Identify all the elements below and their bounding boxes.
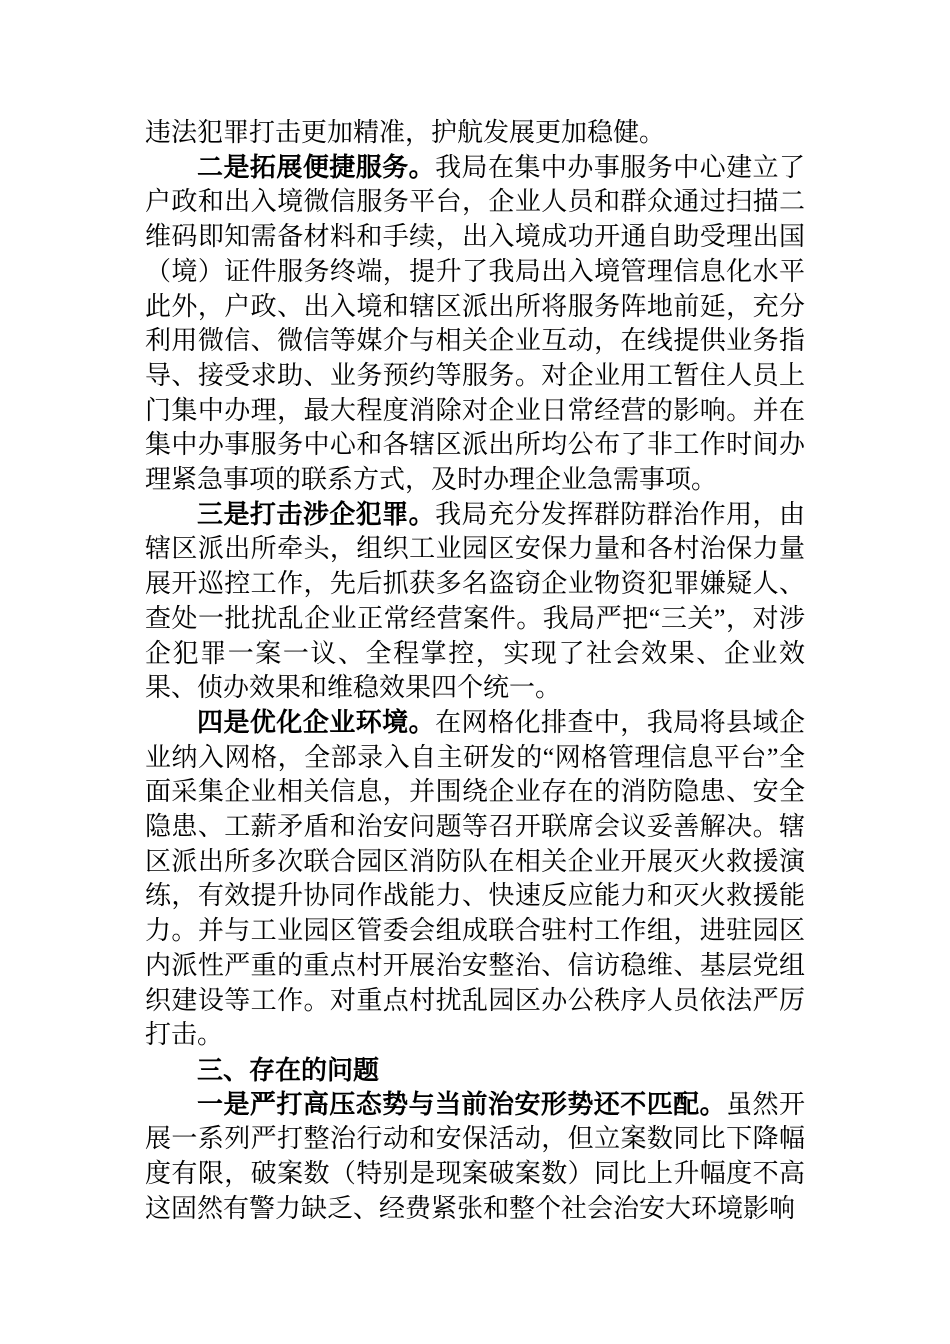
paragraph-text: 我局充分发挥群防群治作用，由辖区派出所牵头，组织工业园区安保力量和各村治保力量展…	[145, 500, 805, 703]
document-page: 违法犯罪打击更加精准，护航发展更加稳健。 二是拓展便捷服务。我局在集中办事服务中…	[0, 0, 950, 1344]
paragraph-text: 违法犯罪打击更加精准，护航发展更加稳健。	[145, 118, 665, 147]
paragraph-enterprise-environment: 四是优化企业环境。在网格化排查中，我局将县域企业纳入网格，全部录入自主研发的“网…	[145, 706, 805, 1053]
paragraph-bold-lead: 三是打击涉企犯罪。	[197, 500, 435, 529]
paragraph-text: 在网格化排查中，我局将县域企业纳入网格，全部录入自主研发的“网格管理信息平台”全…	[145, 708, 805, 1049]
document-content: 违法犯罪打击更加精准，护航发展更加稳健。 二是拓展便捷服务。我局在集中办事服务中…	[145, 116, 805, 1227]
paragraph-bold-lead: 一是严打高压态势与当前治安形势还不匹配。	[197, 1090, 726, 1119]
section-heading-problems: 三、存在的问题	[145, 1053, 805, 1088]
paragraph-bold-lead: 二是拓展便捷服务。	[197, 153, 435, 182]
paragraph-convenient-services: 二是拓展便捷服务。我局在集中办事服务中心建立了户政和出入境微信服务平台，企业人员…	[145, 151, 805, 498]
paragraph-text: 我局在集中办事服务中心建立了户政和出入境微信服务平台，企业人员和群众通过扫描二维…	[145, 153, 805, 494]
paragraph-crime-crackdown: 三是打击涉企犯罪。我局充分发挥群防群治作用，由辖区派出所牵头，组织工业园区安保力…	[145, 498, 805, 706]
paragraph-bold-lead: 四是优化企业环境。	[197, 708, 435, 737]
paragraph-strike-pressure-mismatch: 一是严打高压态势与当前治安形势还不匹配。虽然开展一系列严打整治行动和安保活动，但…	[145, 1088, 805, 1227]
section-heading-text: 三、存在的问题	[197, 1055, 379, 1085]
paragraph-continuation: 违法犯罪打击更加精准，护航发展更加稳健。	[145, 116, 805, 151]
